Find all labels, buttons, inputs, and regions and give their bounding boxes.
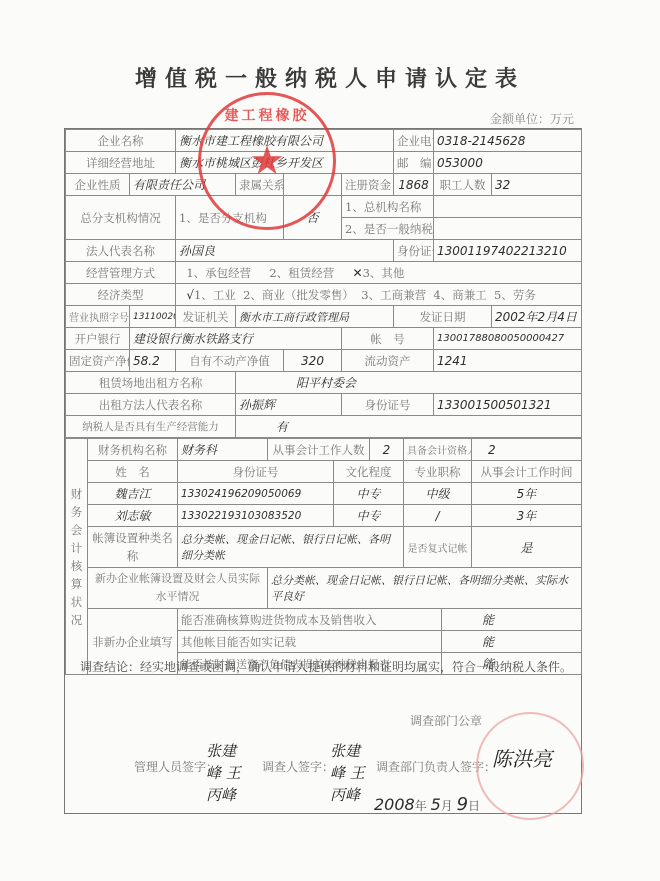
new-company-value: 总分类帐、现金日记帐、银行日记帐、各明细分类帐、实际水平良好 xyxy=(268,568,582,609)
mgmt-mode-options: 1、承包经营 2、租赁经营 ✕3、其他 xyxy=(176,262,582,284)
conclusion: 调查结论：经实地调查或函调，确认申请人提供的材料和证明均属实，符合一般纳税人条件… xyxy=(80,658,572,675)
reg-capital-value: 1868 xyxy=(394,174,434,196)
account-value: 13001788080050000427 xyxy=(434,328,582,350)
lessor-name-value: 阳平村委会 xyxy=(236,372,582,394)
row-license: 营业执照字号 1311002000717 发证机关 衡水市工商行政管理局 发证日… xyxy=(66,306,582,328)
finance-table: 财务会计核算状况 财务机构名称 财务科 从事会计工作人数 2 具备会计资格人数 … xyxy=(65,438,582,675)
issuer-value: 衡水市工商行政管理局 xyxy=(236,306,394,328)
license-date: 2002年2月4日 xyxy=(492,306,582,328)
form-sheet: 企业名称 衡水市建工程橡胶有限公司 企业电话 0318-2145628 详细经营… xyxy=(64,128,582,814)
table-row: 魏吉江 133024196209050069 中专 中级 5年 xyxy=(66,483,582,505)
row-legal-rep: 法人代表名称 孙国良 身份证号 130011974022132​10 xyxy=(66,240,582,262)
legal-rep-id: 130011974022132​10 xyxy=(434,240,582,262)
row-econ-type: 经济类型 √1、工业 2、商业（批发零售） 3、工商兼营 4、商兼工 5、劳务 xyxy=(66,284,582,306)
qualified-count: 2 xyxy=(472,439,582,461)
star-icon: ★ xyxy=(249,141,285,181)
investigator-sign-label: 调查人签字： xyxy=(262,758,334,775)
postcode-value: 053000 xyxy=(434,152,582,174)
manager-signature: 张建峰 王丙峰 xyxy=(206,740,250,806)
row-capacity: 纳税人是否具有生产经营能力 有 xyxy=(66,416,582,438)
econ-type-options: √1、工业 2、商业（批发零售） 3、工商兼营 4、商兼工 5、劳务 xyxy=(176,284,582,306)
company-seal: 建工程橡胶 ★ xyxy=(198,92,336,230)
employees-value: 32 xyxy=(492,174,582,196)
lessor-rep-value: 孙振辉 xyxy=(236,394,342,416)
staff-count: 2 xyxy=(370,439,404,461)
fixed-assets-value: 58.2 xyxy=(130,350,176,372)
property-value: 320 xyxy=(284,350,342,372)
row-lessor-name: 租赁场地出租方名称 阳平村委会 xyxy=(66,372,582,394)
row-assets: 固定资产净值 58.2 自有不动产净值 320 流动资产 1241 xyxy=(66,350,582,372)
books-row: 帐簿设置种类名称 总分类帐、现金日记帐、银行日记帐、各明细分类帐 是否复式记帐 … xyxy=(66,527,582,568)
form-title: 增值税一般纳税人申请认定表 xyxy=(0,62,660,93)
sign-date: 2008年 5月 9日 xyxy=(374,794,480,815)
capacity-value: 有 xyxy=(236,416,582,438)
lessor-rep-id: 1330015005013​21 xyxy=(434,394,582,416)
books-value: 总分类帐、现金日记帐、银行日记帐、各明细分类帐 xyxy=(178,527,404,568)
unit-note: 金额单位：万元 xyxy=(490,110,574,127)
row-mgmt-mode: 经营管理方式 1、承包经营 2、租赁经营 ✕3、其他 xyxy=(66,262,582,284)
selected-mark: ✕ xyxy=(353,266,363,280)
table-row: 刘志敏 133022193103083520 中专 / 3年 xyxy=(66,505,582,527)
dept-seal-label: 调查部门公章 xyxy=(410,712,482,729)
finance-section-label: 财务会计核算状况 xyxy=(66,439,88,675)
row-lessor-rep: 出租方法人代表名称 孙振辉 身份证号 1330015005013​21 xyxy=(66,394,582,416)
finance-header-row: 姓 名 身份证号 文化程度 专业职称 从事会计工作时间 xyxy=(66,461,582,483)
investigator-signature: 张建峰 王丙峰 xyxy=(330,740,374,806)
double-entry-value: 是 xyxy=(472,527,582,568)
bank-value: 建设银行衡水铁路支行 xyxy=(130,328,342,350)
legal-rep-value: 孙国良 xyxy=(176,240,394,262)
row-bank: 开户银行 建设银行衡水铁路支行 帐 号 13001788080050000427 xyxy=(66,328,582,350)
license-value: 1311002000717 xyxy=(130,306,176,328)
department-seal xyxy=(476,712,584,820)
new-company-row: 新办企业帐簿设置及财会人员实际水平情况 总分类帐、现金日记帐、银行日记帐、各明细… xyxy=(66,568,582,609)
finance-dept-value: 财务科 xyxy=(178,439,268,461)
table-row: 非新办企业填写 能否准确核算购进货物成本及销售收入 能 xyxy=(66,609,582,631)
current-assets-value: 1241 xyxy=(434,350,582,372)
phone-value: 0318-2145628 xyxy=(434,130,582,152)
